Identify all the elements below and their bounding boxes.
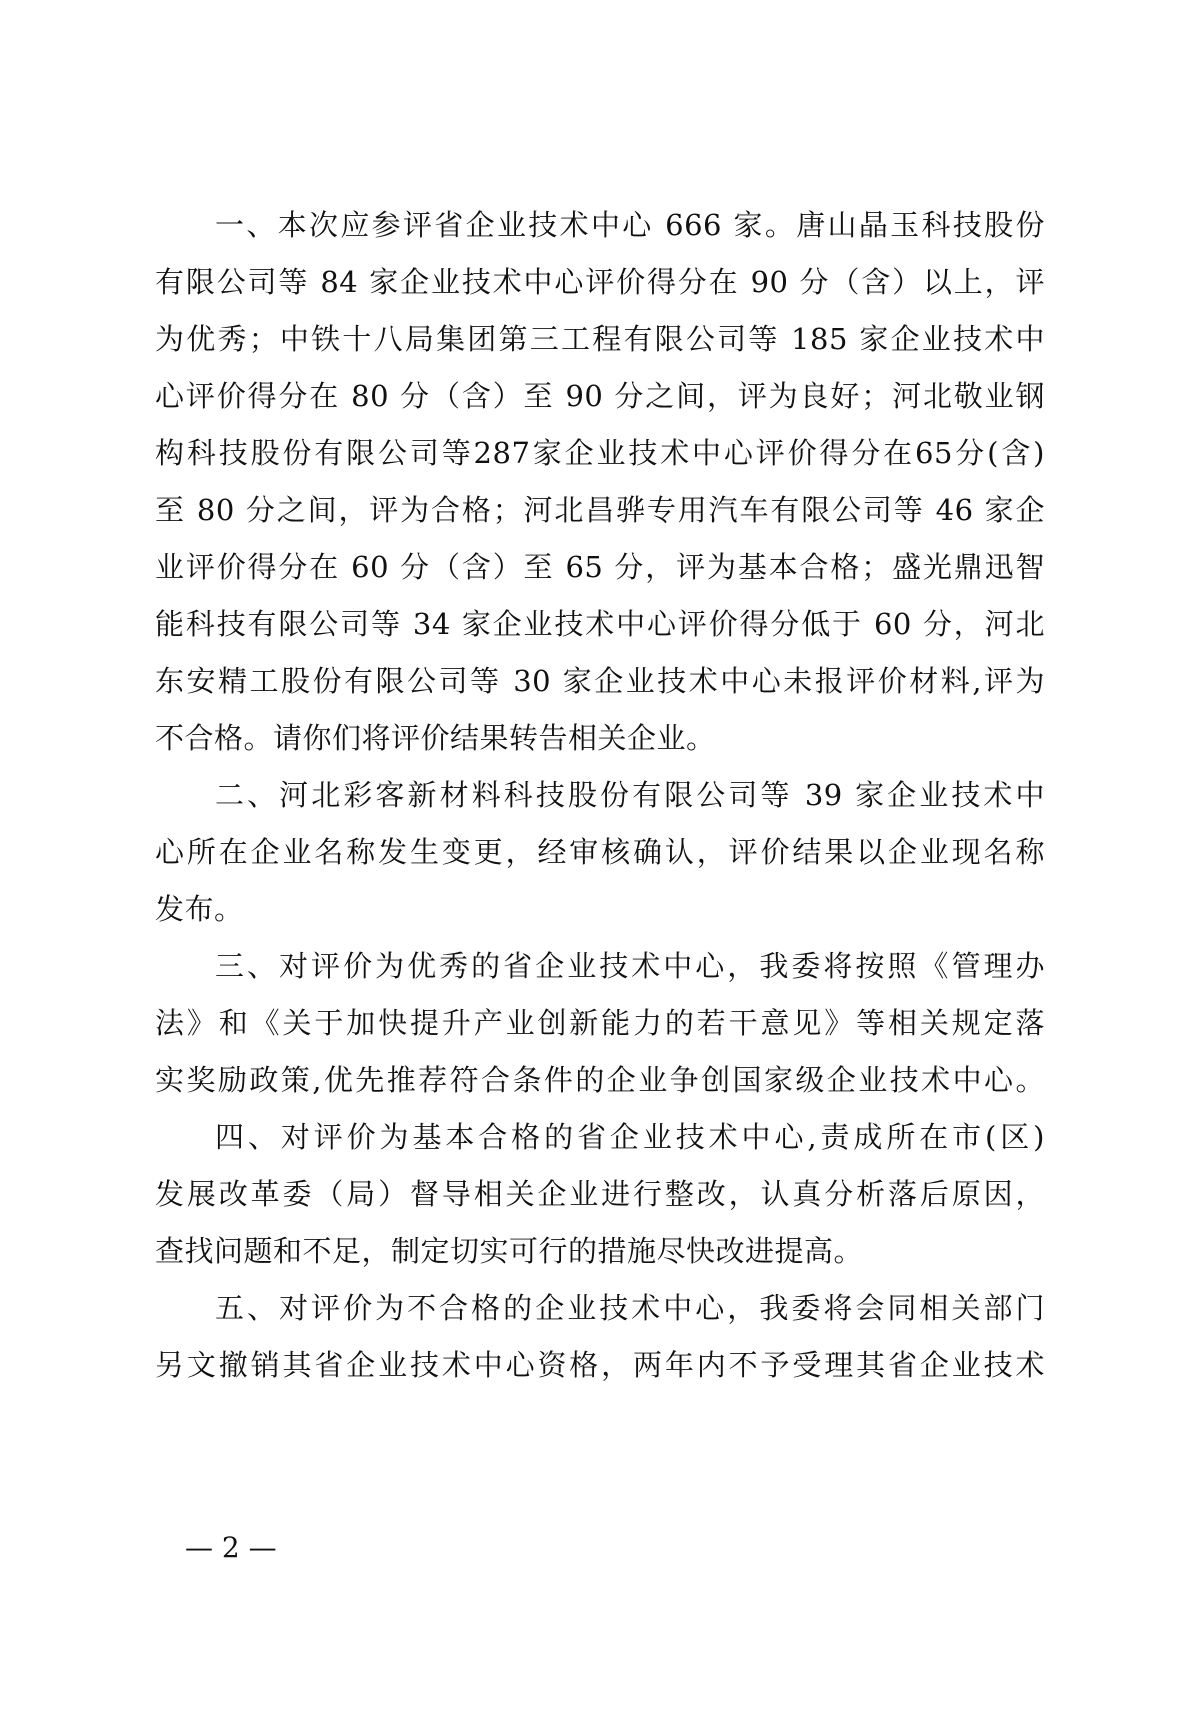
paragraph-1-line-1: 一、本次应参评省企业技术中心 666 家。唐山晶玉科技股份: [215, 205, 1045, 245]
paragraph-5-line-2: 另文撤销其省企业技术中心资格，两年内不予受理其省企业技术: [155, 1345, 1045, 1385]
paragraph-3-line-1: 三、对评价为优秀的省企业技术中心，我委将按照《管理办: [215, 946, 1045, 986]
paragraph-4-line-2: 发展改革委（局）督导相关企业进行整改，认真分析落后原因，: [155, 1174, 1045, 1214]
paragraph-3-line-2: 法》和《关于加快提升产业创新能力的若干意见》等相关规定落: [155, 1003, 1045, 1043]
paragraph-1-line-7: 业评价得分在 60 分（含）至 65 分，评为基本合格；盛光鼎迅智: [155, 547, 1045, 587]
paragraph-2-line-1: 二、河北彩客新材料科技股份有限公司等 39 家企业技术中: [215, 775, 1045, 815]
paragraph-2-line-2: 心所在企业名称发生变更，经审核确认，评价结果以企业现名称: [155, 832, 1045, 872]
paragraph-1-line-5: 构科技股份有限公司等287家企业技术中心评价得分在65分(含): [155, 433, 1045, 473]
paragraph-5-line-1: 五、对评价为不合格的企业技术中心，我委将会同相关部门: [215, 1288, 1045, 1328]
paragraph-3-line-3: 实奖励政策,优先推荐符合条件的企业争创国家级企业技术中心。: [155, 1060, 1045, 1100]
paragraph-1-line-10: 不合格。请你们将评价结果转告相关企业。: [155, 718, 1045, 758]
document-page: 一、本次应参评省企业技术中心 666 家。唐山晶玉科技股份 有限公司等 84 家…: [0, 0, 1203, 1710]
paragraph-1-line-6: 至 80 分之间，评为合格；河北昌骅专用汽车有限公司等 46 家企: [155, 490, 1045, 530]
paragraph-1-line-2: 有限公司等 84 家企业技术中心评价得分在 90 分（含）以上，评: [155, 262, 1045, 302]
paragraph-1-line-9: 东安精工股份有限公司等 30 家企业技术中心未报评价材料,评为: [155, 661, 1045, 701]
page-number: — 2 —: [185, 1528, 277, 1568]
paragraph-1-line-8: 能科技有限公司等 34 家企业技术中心评价得分低于 60 分，河北: [155, 604, 1045, 644]
paragraph-1-line-3: 为优秀；中铁十八局集团第三工程有限公司等 185 家企业技术中: [155, 319, 1045, 359]
paragraph-1-line-4: 心评价得分在 80 分（含）至 90 分之间，评为良好；河北敬业钢: [155, 376, 1045, 416]
paragraph-4-line-1: 四、对评价为基本合格的省企业技术中心,责成所在市(区): [215, 1117, 1045, 1157]
paragraph-4-line-3: 查找问题和不足，制定切实可行的措施尽快改进提高。: [155, 1231, 1045, 1271]
paragraph-2-line-3: 发布。: [155, 889, 1045, 929]
